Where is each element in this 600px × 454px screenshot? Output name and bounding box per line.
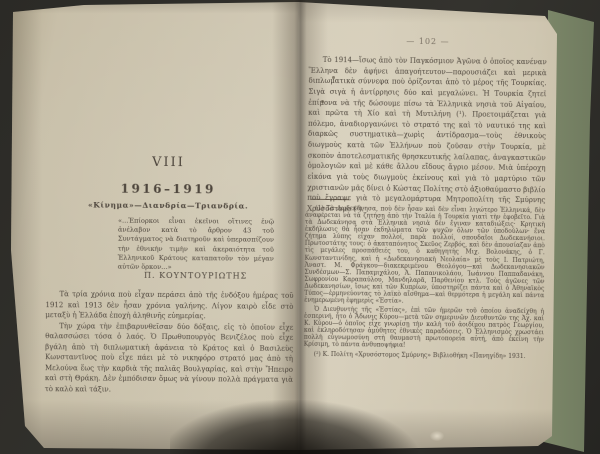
footnote-2: (²) Κ. Πολίτη «Χρυσόστομος Σμύρνης» Βιβλ… (304, 350, 544, 360)
left-page-body: Τὰ τρία χρόνια ποὺ εἶχαν περάσει ἀπὸ τῆς… (45, 289, 294, 396)
chapter-years: 1916–1919 (40, 181, 296, 197)
right-page-text: — 102 — Τὸ 1914—ἴσως ἀπὸ τὸν Παγκόσμιον … (301, 0, 552, 454)
epigraph: «...Ἐπίορκοι εἶναι ἐκεῖνοι οἵτινες ἐνῷ ἀ… (118, 217, 274, 273)
page-number: — 102 — (305, 36, 551, 48)
chapter-subtitle: «Κίνημα»—Διανδρία—Τριανδρία. (40, 200, 296, 211)
main-paragraph: Τὸ 1914—ἴσως ἀπὸ τὸν Παγκόσμιον Ἀγῶνα ὁ … (307, 55, 547, 217)
left-page-text: VIII 1916–1919 «Κίνημα»—Διανδρία—Τριανδρ… (38, 0, 297, 454)
chapter-number: VIII (40, 154, 296, 171)
body-paragraph: Τὴν χώρα τὴν ἐπιβαρυνθεῖσαν δύο δόξαις, … (45, 321, 294, 396)
footnotes: (1) Τὰ Δωδεκάνησα, ποὺ δὲν ἦσαν καὶ δὲν … (304, 205, 546, 362)
epigraph-attribution: Π. ΚΟΥΝΤΟΥΡΙΩΤΗΣ (118, 271, 274, 281)
footnote-1: (1) Τὰ Δωδεκάνησα, ποὺ δὲν ἦσαν καὶ δὲν … (304, 205, 545, 307)
body-paragraph: Τὰ τρία χρόνια ποὺ εἶχαν περάσει ἀπὸ τῆς… (45, 289, 293, 322)
footnote-1-continued: Ὁ Διευθυντὴς τῆς «Ἑστίας», ἐπὶ τῶν ἡμερῶ… (304, 306, 544, 351)
book-photo: VIII 1916–1919 «Κίνημα»—Διανδρία—Τριανδρ… (0, 0, 600, 454)
